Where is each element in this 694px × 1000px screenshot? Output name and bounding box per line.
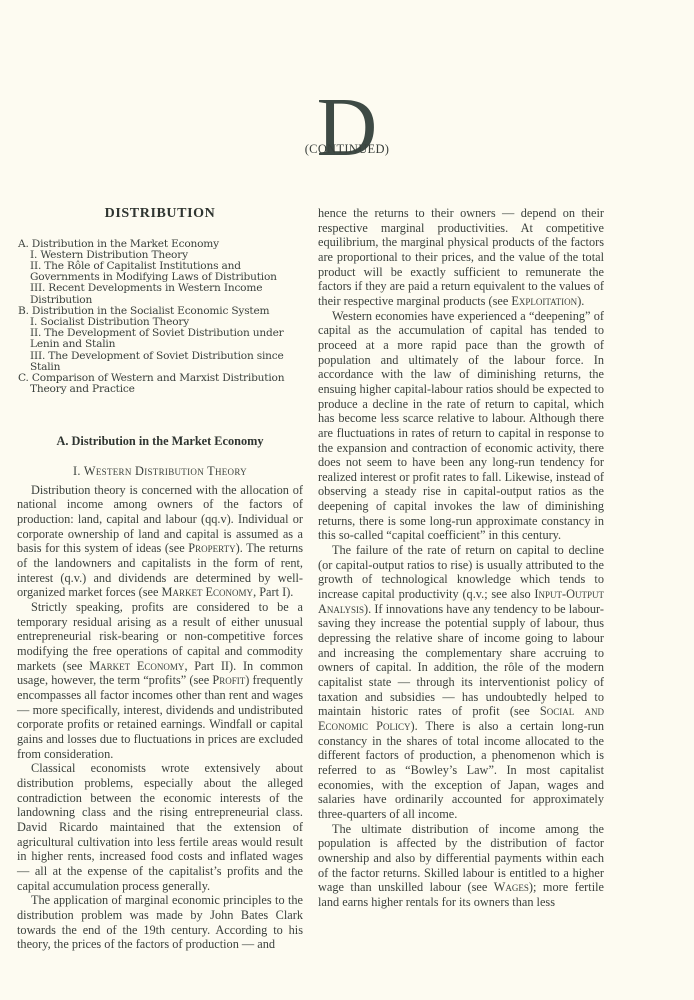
paragraph: Western economies have experienced a “de… <box>318 309 604 544</box>
cross-reference: Exploitation <box>511 294 577 308</box>
text-run: , Part I). <box>253 585 293 599</box>
right-column: hence the returns to their owners — depe… <box>318 206 604 910</box>
toc-item: II. The Rôle of Capitalist Institutions … <box>18 261 303 283</box>
paragraph: The ultimate distribution of income amon… <box>318 822 604 910</box>
text-run: ). <box>577 294 584 308</box>
text-run: The application of marginal economic pri… <box>17 893 303 951</box>
cross-reference: Market Economy <box>162 585 254 599</box>
body-text-right: hence the returns to their owners — depe… <box>318 206 604 910</box>
body-text-left: Distribution theory is concerned with th… <box>17 483 303 952</box>
article-title: DISTRIBUTION <box>17 207 303 222</box>
paragraph: Distribution theory is concerned with th… <box>17 483 303 600</box>
cross-reference: Property <box>188 541 235 555</box>
paragraph: The application of marginal economic pri… <box>17 893 303 952</box>
text-run: Classical economists wrote extensively a… <box>17 761 303 892</box>
left-column: DISTRIBUTION A. Distribution in the Mark… <box>17 206 303 952</box>
text-run: Western economies have experienced a “de… <box>318 309 604 543</box>
toc-item: C. Comparison of Western and Marxist Dis… <box>18 373 303 395</box>
toc-item: III. The Development of Soviet Distribut… <box>18 351 303 373</box>
table-of-contents: A. Distribution in the Market Economy I.… <box>18 239 303 396</box>
page-letter: D <box>0 86 694 170</box>
text-run: ). There is also a certain long-run cons… <box>318 719 604 821</box>
cross-reference: Wages <box>494 880 529 894</box>
cross-reference: Profit <box>212 673 245 687</box>
section-heading: A. Distribution in the Market Economy <box>17 434 303 449</box>
paragraph: The failure of the rate of return on cap… <box>318 543 604 821</box>
text-run: hence the returns to their owners — depe… <box>318 206 604 308</box>
paragraph: hence the returns to their owners — depe… <box>318 206 604 309</box>
cross-reference: Market Economy <box>89 659 184 673</box>
text-run: ). If innovations have any tendency to b… <box>318 602 604 719</box>
toc-item: II. The Development of Soviet Distributi… <box>18 328 303 350</box>
paragraph: Classical economists wrote extensively a… <box>17 761 303 893</box>
subsection-heading: I. Western Distribution Theory <box>17 464 303 479</box>
paragraph: Strictly speaking, profits are considere… <box>17 600 303 761</box>
toc-item: III. Recent Developments in Western Inco… <box>18 283 303 305</box>
continued-label: (CONTINUED) <box>0 142 694 157</box>
